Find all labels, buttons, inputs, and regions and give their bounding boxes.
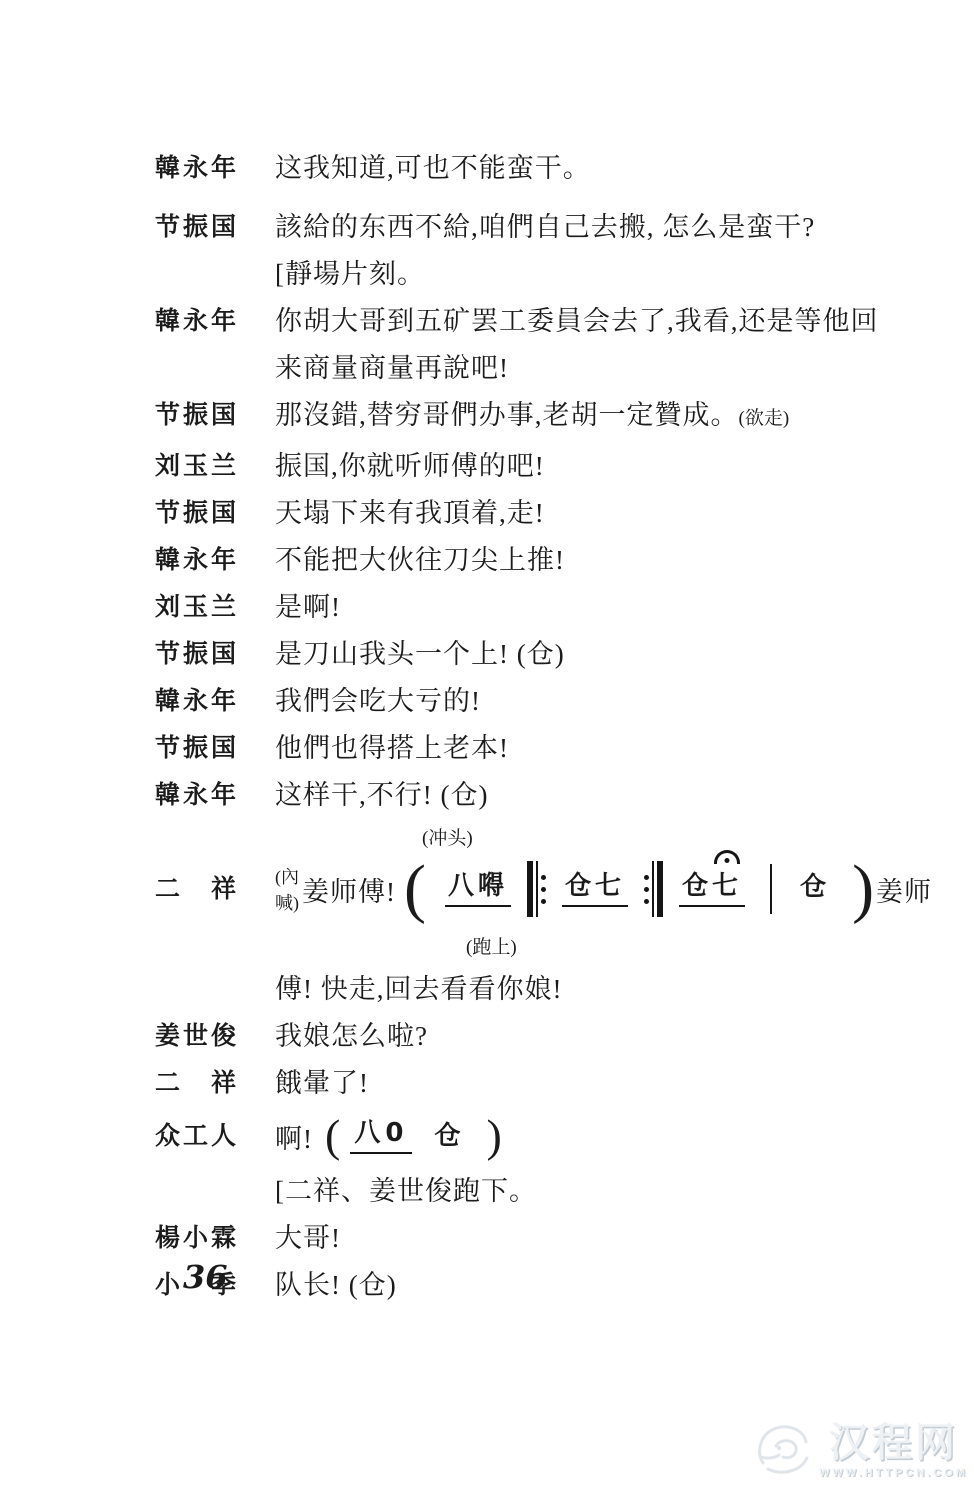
offstage-shout-note: (內喊) [275,863,299,915]
dialogue-row: 节振国 天塌下来有我頂着,走! [155,495,915,531]
percussion-syllables: 仓 [434,1121,460,1151]
notation-open-paren: ( [325,1112,340,1160]
percussion-notation: ( 八0 仓 ) [325,1112,502,1160]
speaker-name: 节振国 [155,730,275,766]
dialogue-row: 韓永年 你胡大哥到五矿罢工委員会去了,我看,还是等他回 [155,303,915,339]
page-number: 36 [183,1258,228,1296]
dialogue-text: 不能把大伙往刀尖上推! [275,542,565,578]
speaker-name: 二 祥 [155,871,275,907]
document-page: 韓永年 这我知道,可也不能蛮干。 节振国 該給的东西不給,咱們自己去搬, 怎么是… [0,0,974,1494]
dialogue-continuation-text: 来商量商量再說吧! [275,350,509,386]
script-text-block: 韓永年 这我知道,可也不能蛮干。 节振国 該給的东西不給,咱們自己去搬, 怎么是… [155,150,915,1314]
dialogue-row: 节振国 那沒錯,替穷哥們办事,老胡一定贊成。(欲走) [155,397,915,437]
notation-label-above: (冲头) [422,823,473,850]
dialogue-row: 二 祥 餓暈了! [155,1065,915,1101]
speaker-name: 韓永年 [155,777,275,813]
watermark-site-name: 汉程网 [829,1422,958,1464]
dialogue-text: 振国,你就听师傅的吧! [275,448,545,484]
dialogue-continuation-row: 来商量商量再說吧! [155,350,915,386]
percussion-syllables: 仓七 [679,871,745,907]
dialogue-text: 姜师 [876,870,932,909]
percussion-notation: (冲头) (跑上) ( 八嘚 仓七 仓七 仓 ) [404,853,874,925]
dialogue-row: 刘玉兰 是啊! [155,589,915,625]
dialogue-text: 該給的东西不給,咱們自己去搬, 怎么是蛮干? [275,209,815,245]
dialogue-row: 韓永年 我們会吃大亏的! [155,683,915,719]
dialogue-continuation-text: 傅! 快走,回去看看你娘! [275,971,562,1007]
speaker-name: 节振国 [155,209,275,245]
dialogue-text: 啊! [275,1117,313,1156]
dialogue-continuation-row: 傅! 快走,回去看看你娘! [155,971,915,1007]
httpcn-watermark: 汉程网 WWW.HTTPCN.COM [753,1415,968,1486]
speaker-name: 韓永年 [155,683,275,719]
speaker-name: 众工人 [155,1118,275,1154]
dialogue-row: 节振国 他們也得搭上老本! [155,730,915,766]
notation-open-paren: ( [404,853,426,925]
dialogue-text: 他們也得搭上老本! [275,730,509,766]
speaker-name: 韓永年 [155,303,275,339]
notation-label-below: (跑上) [466,932,517,959]
dialogue-text: 姜师傅! [302,870,396,909]
dialogue-text: 你胡大哥到五矿罢工委員会去了,我看,还是等他回 [275,303,879,339]
notation-dialogue-row: 二 祥 (內喊) 姜师傅! (冲头) (跑上) ( 八嘚 仓七 仓七 仓 ) 姜… [155,853,915,925]
speaker-name: 刘玉兰 [155,448,275,484]
dialogue-text: 我們会吃大亏的! [275,683,481,719]
percussion-syllables: 仓七 [562,871,628,907]
speaker-name: 节振国 [155,495,275,531]
notation-close-paren: ) [852,853,874,925]
speaker-name: 节振国 [155,397,275,433]
fermata-icon [714,850,740,864]
repeat-open-sign [527,861,546,917]
dialogue-text: 这样干,不行! (仓) [275,777,488,813]
stage-note: (欲走) [739,408,790,429]
speaker-name: 韓永年 [155,150,275,186]
dialogue-text: 大哥! [275,1220,341,1256]
httpcn-dragon-logo-icon [753,1415,815,1486]
dialogue-row: 楊小霖 大哥! [155,1220,915,1256]
notation-close-paren: ) [486,1112,501,1160]
watermark-site-url: WWW.HTTPCN.COM [819,1467,968,1479]
percussion-syllables: 八0 [350,1118,412,1154]
dialogue-text: 餓暈了! [275,1065,369,1101]
speaker-name: 二 祥 [155,1065,275,1101]
barline [770,864,772,914]
speaker-name: 节振国 [155,636,275,672]
percussion-syllables: 仓 [797,872,833,906]
dialogue-text: 队长! (仓) [275,1267,397,1303]
dialogue-row: 韓永年 这样干,不行! (仓) [155,777,915,813]
repeat-close-sign [644,861,663,917]
speaker-name: 韓永年 [155,542,275,578]
speaker-name: 楊小霖 [155,1220,275,1256]
dialogue-row: 韓永年 不能把大伙往刀尖上推! [155,542,915,578]
speaker-name: 刘玉兰 [155,589,275,625]
percussion-syllable: 仓 [682,871,712,901]
dialogue-row: 韓永年 这我知道,可也不能蛮干。 [155,150,915,186]
speaker-name: 姜世俊 [155,1018,275,1054]
dialogue-row: 刘玉兰 振国,你就听师傅的吧! [155,448,915,484]
dialogue-text: 这我知道,可也不能蛮干。 [275,150,591,186]
notation-dialogue-row: 众工人 啊! ( 八0 仓 ) [155,1112,915,1160]
dialogue-main-text: 那沒錯,替穷哥們办事,老胡一定贊成。 [275,400,739,430]
dialogue-text: 是啊! [275,589,341,625]
percussion-syllable: 七 [712,871,742,901]
percussion-syllables: 八嘚 [445,871,511,907]
stage-direction-row: [靜場片刻。 [155,256,915,292]
dialogue-row: 节振国 是刀山我头一个上! (仓) [155,636,915,672]
stage-direction-text: [靜場片刻。 [275,256,425,292]
dialogue-row: 小 季 队长! (仓) [155,1267,915,1303]
dialogue-text: 那沒錯,替穷哥們办事,老胡一定贊成。(欲走) [275,397,789,437]
dialogue-text: 天塌下来有我頂着,走! [275,495,545,531]
dialogue-row: 姜世俊 我娘怎么啦? [155,1018,915,1054]
stage-direction-text: [二祥、姜世俊跑下。 [275,1173,537,1209]
dialogue-row: 节振国 該給的东西不給,咱們自己去搬, 怎么是蛮干? [155,209,915,245]
stage-direction-row: [二祥、姜世俊跑下。 [155,1173,915,1209]
dialogue-text: 是刀山我头一个上! (仓) [275,636,565,672]
dialogue-text: 我娘怎么啦? [275,1018,428,1054]
